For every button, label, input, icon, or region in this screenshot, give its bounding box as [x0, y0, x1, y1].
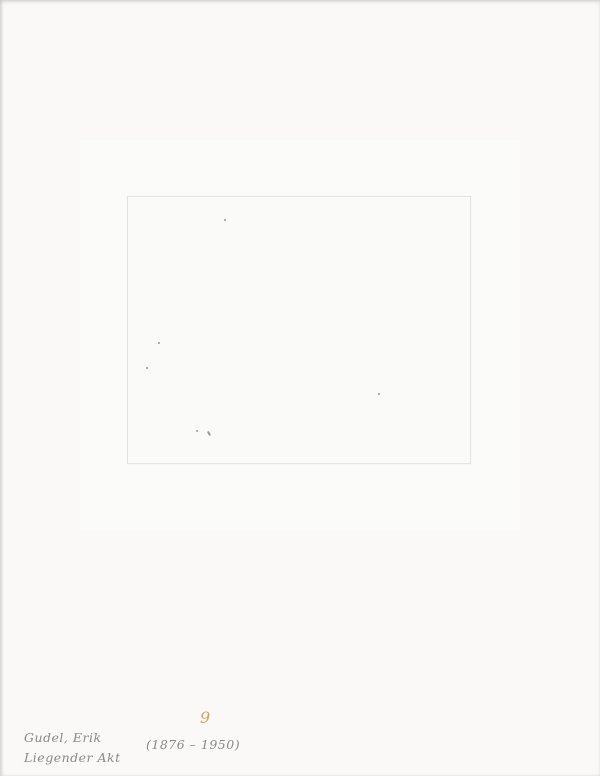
- plate-mark: [127, 196, 471, 464]
- paper-sheet: Gudel, Erik (1876 – 1950) Liegender Akt …: [0, 0, 600, 776]
- speck: [207, 431, 211, 436]
- dates-note: (1876 – 1950): [146, 737, 240, 752]
- speck: [158, 342, 160, 344]
- speck: [146, 367, 148, 369]
- title-note: Liegender Akt: [24, 750, 121, 765]
- artist-name-note: Gudel, Erik: [24, 730, 102, 745]
- speck: [196, 430, 198, 432]
- speck: [224, 219, 226, 221]
- number-note: 9: [200, 708, 210, 727]
- speck: [378, 393, 380, 395]
